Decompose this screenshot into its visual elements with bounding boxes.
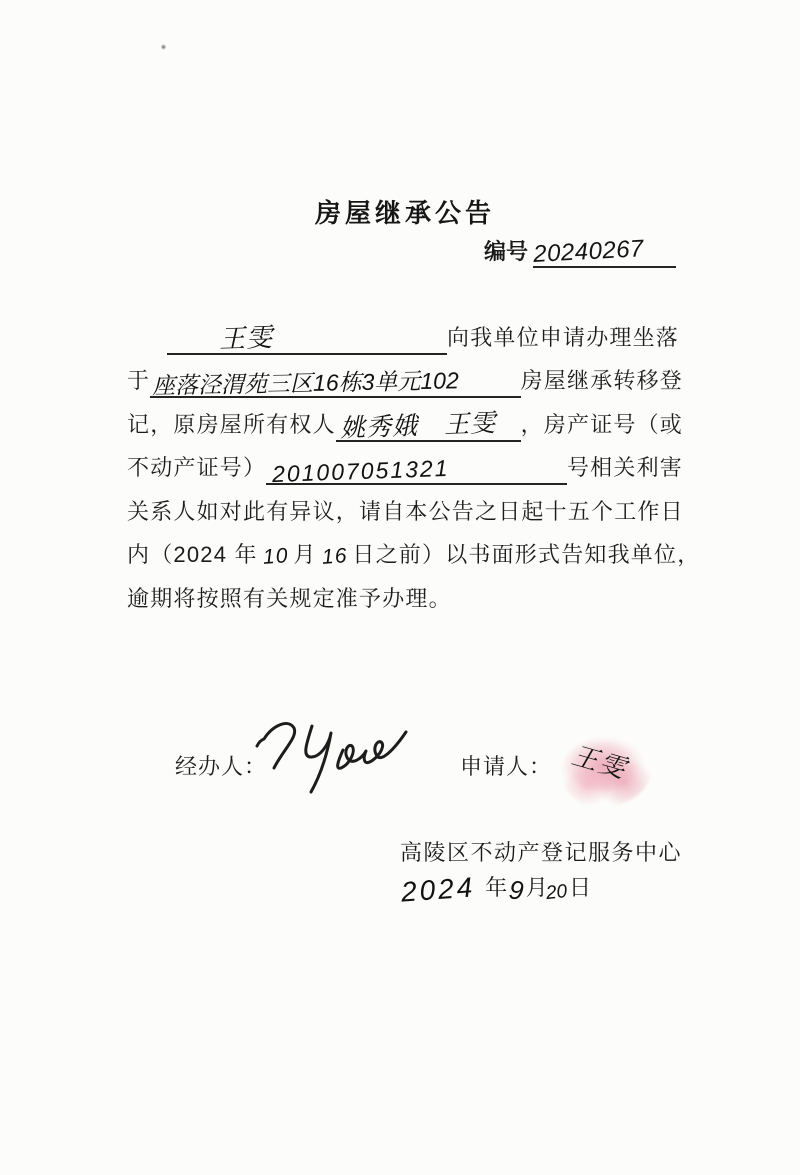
day-unit: 日 (569, 871, 591, 906)
printed-text: 关系人如对此有异议，请自本公告之日起十五个工作日 (127, 495, 684, 529)
printed-text: 逾期将按照有关规定准予办理。 (127, 582, 452, 616)
printed-text: 月 (293, 538, 316, 572)
printed-text: 号相关利害 (567, 451, 683, 485)
deadline-month-handwritten: 10 (262, 544, 290, 573)
serial-number-row: 编号 20240267 (484, 238, 676, 268)
printed-text: ，房产证号（或 (521, 408, 683, 442)
printed-text: 日之前）以书面形式告知我单位， (352, 538, 700, 572)
date-month-handwritten: 9 (508, 874, 526, 906)
scanned-announcement-document: 房屋继承公告 编号 20240267 王雯 向我单位申请办理坐落 于 座落泾渭苑… (0, 0, 800, 1175)
handler-signature-scribble (250, 706, 410, 798)
year-unit: 年 (485, 871, 507, 906)
applicant-name-handwritten: 王雯 (218, 317, 273, 356)
printed-text: 房屋继承转移登 (521, 364, 683, 398)
applicant-name-blank: 王雯 (167, 309, 447, 355)
body-line-5: 关系人如对此有异议，请自本公告之日起十五个工作日 (127, 485, 683, 529)
body-line-2: 于 座落泾渭苑三区16栋3单元102 房屋继承转移登 (127, 355, 683, 399)
printed-text: 于 (127, 364, 150, 398)
page-title: 房屋继承公告 (0, 193, 800, 230)
property-address-blank: 座落泾渭苑三区16栋3单元102 (150, 353, 520, 399)
certificate-number-handwritten: 201007051321 (272, 455, 450, 488)
scan-artifact-dot (161, 44, 166, 50)
serial-number-handwritten: 20240267 (533, 235, 645, 269)
issue-date-row: 2024 年 9 月 20 日 (401, 868, 591, 906)
body-line-1: 王雯 向我单位申请办理坐落 (127, 311, 683, 355)
certificate-number-blank: 201007051321 (266, 440, 567, 486)
deadline-day-handwritten: 16 (321, 544, 349, 573)
printed-text: 内（2024 年 (127, 538, 258, 572)
original-owners-handwritten: 姚秀娥 王雯 (339, 403, 496, 444)
body-line-4: 不动产证号） 201007051321 号相关利害 (127, 442, 683, 486)
body-line-6: 内（2024 年 10 月 16 日之前）以书面形式告知我单位， (127, 529, 683, 573)
printed-text: 向我单位申请办理坐落 (447, 321, 679, 355)
announcement-body: 王雯 向我单位申请办理坐落 于 座落泾渭苑三区16栋3单元102 房屋继承转移登… (127, 311, 683, 616)
printed-text: 不动产证号） (127, 451, 266, 485)
issuing-org: 高陵区不动产登记服务中心 (400, 836, 682, 867)
serial-label: 编号 (484, 235, 528, 268)
body-line-7: 逾期将按照有关规定准予办理。 (127, 572, 683, 616)
property-address-handwritten: 座落泾渭苑三区16栋3单元102 (152, 362, 459, 400)
date-day-handwritten: 20 (545, 881, 568, 905)
date-year-handwritten: 2024 (400, 871, 476, 908)
serial-blank-line: 20240267 (533, 236, 676, 268)
body-line-3: 记，原房屋所有权人 姚秀娥 王雯 ，房产证号（或 (127, 398, 683, 442)
printed-text: 记，原房屋所有权人 (127, 408, 336, 442)
applicant-label: 申请人： (460, 750, 552, 781)
original-owners-blank: 姚秀娥 王雯 (336, 396, 521, 442)
